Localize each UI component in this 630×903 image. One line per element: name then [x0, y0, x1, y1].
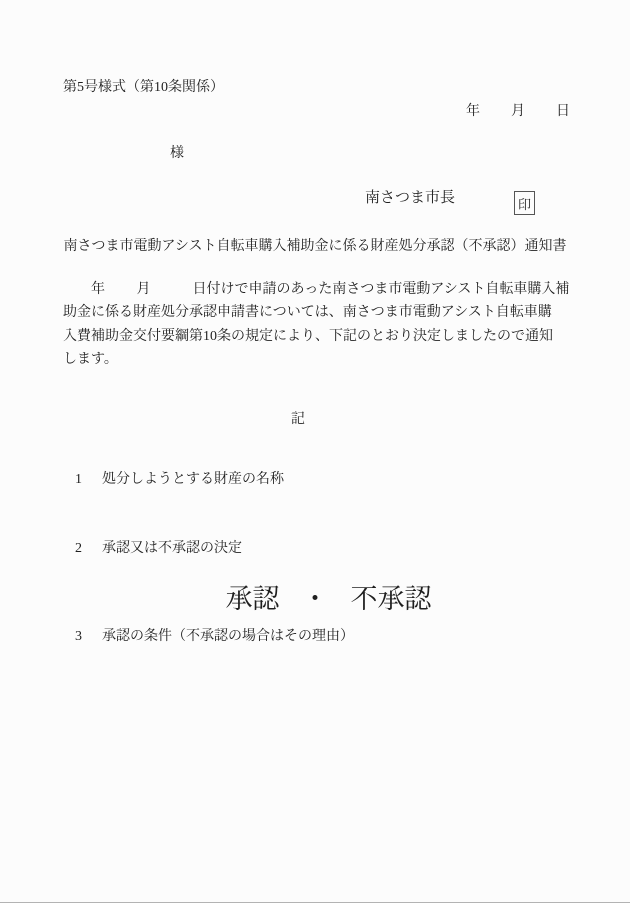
choice-separator-dot: ・	[302, 584, 329, 614]
body-line: 入費補助金交付要綱第10条の規定により、下記のとおり決定しましたので通知	[63, 325, 573, 348]
item-label: 処分しようとする財産の名称	[102, 472, 284, 487]
item-number: 3	[75, 629, 102, 644]
date-placeholder-line: 年 月 日	[466, 104, 571, 119]
addressee-honorific: 様	[170, 146, 184, 161]
disapprove-option: 不承認	[351, 584, 432, 614]
body-paragraph: 年 月 日付けで申請のあった南さつま市電動アシスト自転車購入補 助金に係る財産処…	[63, 278, 573, 372]
list-item-3: 3承認の条件（不承認の場合はその理由）	[61, 614, 354, 659]
item-number: 1	[75, 472, 102, 487]
document-page: 第5号様式（第10条関係） 年 月 日 様 南さつま市長 印 南さつま市電動アシ…	[0, 0, 630, 903]
list-item-1: 1処分しようとする財産の名称	[61, 457, 284, 502]
body-line: します。	[63, 348, 573, 371]
body-line: 年 月 日付けで申請のあった南さつま市電動アシスト自転車購入補	[63, 278, 573, 301]
body-line: 助金に係る財産処分承認申請書については、南さつま市電動アシスト自転車購	[63, 301, 573, 324]
seal-box: 印	[514, 191, 535, 215]
record-marker: 記	[291, 412, 305, 427]
seal-mark: 印	[518, 194, 531, 213]
form-number: 第5号様式（第10条関係）	[63, 80, 224, 95]
item-label: 承認の条件（不承認の場合はその理由）	[102, 629, 354, 644]
approve-option: 承認	[226, 584, 280, 614]
issuer-name: 南さつま市長	[365, 190, 455, 206]
document-title: 南さつま市電動アシスト自転車購入補助金に係る財産処分承認（不承認）通知書	[0, 235, 630, 255]
